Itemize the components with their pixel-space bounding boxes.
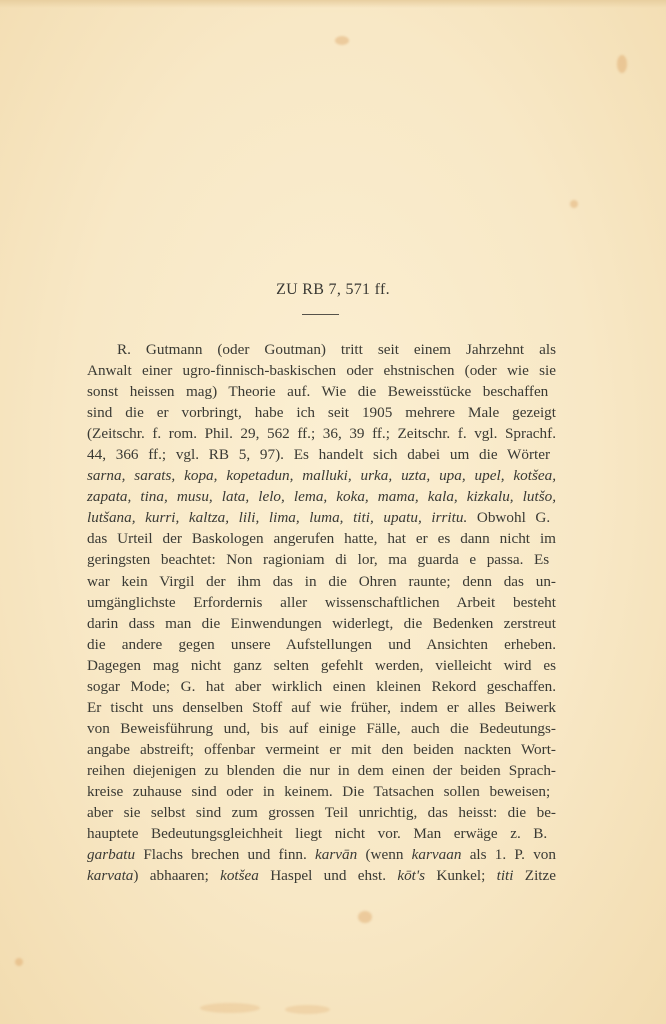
italic-run: kōt's xyxy=(397,867,425,884)
foxing-stain xyxy=(617,55,627,73)
text-run: von Beweisführung und, bis auf einige Fä… xyxy=(87,720,556,737)
foxing-stain xyxy=(335,36,349,45)
italic-run: sarna, sarats, kopa, kopetadun, malluki,… xyxy=(87,467,556,484)
text-line: hauptete Bedeutungsgleichheit liegt nich… xyxy=(87,823,556,844)
text-line: karvata) abhaaren; kotšea Haspel und ehs… xyxy=(87,865,556,886)
text-run: reihen diejenigen zu blenden die nur in … xyxy=(87,762,556,779)
text-run: Er tischt uns denselben Stoff auf wie fr… xyxy=(87,699,556,716)
text-run: R. Gutmann (oder Goutman) tritt seit ein… xyxy=(117,341,556,358)
text-run: (wenn xyxy=(357,846,411,863)
text-run: geringsten beachtet: Non ragioniam di lo… xyxy=(87,551,549,568)
text-run: die andere gegen unsere Aufstellungen un… xyxy=(87,636,556,653)
text-line: war kein Virgil der ihm das in die Ohren… xyxy=(87,571,556,592)
text-line: darin dass man die Einwendungen widerleg… xyxy=(87,613,556,634)
text-run: sonst heissen mag) Theorie auf. Wie die … xyxy=(87,383,548,400)
text-line: zapata, tina, musu, lata, lelo, lema, ko… xyxy=(87,486,556,507)
text-line: sind die er vorbringt, habe ich seit 190… xyxy=(87,402,556,423)
text-run: das Urteil der Baskologen angerufen hatt… xyxy=(87,530,556,547)
text-run: als 1. P. von xyxy=(461,846,556,863)
text-run: aber sie selbst sind zum grossen Teil un… xyxy=(87,804,556,821)
page-title: ZU RB 7, 571 ff. xyxy=(0,281,666,299)
body-paragraph: R. Gutmann (oder Goutman) tritt seit ein… xyxy=(87,339,556,886)
text-run: Zitze xyxy=(514,867,557,884)
text-line: sonst heissen mag) Theorie auf. Wie die … xyxy=(87,381,556,402)
italic-run: karvaan xyxy=(412,846,462,863)
text-line: das Urteil der Baskologen angerufen hatt… xyxy=(87,528,556,549)
italic-run: garbatu xyxy=(87,846,135,863)
text-line: sogar Mode; G. hat aber wirklich einen k… xyxy=(87,676,556,697)
text-run: Kunkel; xyxy=(425,867,497,884)
text-run: umgänglichste Erfordernis aller wissensc… xyxy=(87,594,556,611)
text-line: kreise zuhause sind oder in keinem. Die … xyxy=(87,781,556,802)
text-run: ) abhaaren; xyxy=(133,867,220,884)
text-run: (Zeitschr. f. rom. Phil. 29, 562 ff.; 36… xyxy=(87,425,556,442)
text-line: Er tischt uns denselben Stoff auf wie fr… xyxy=(87,697,556,718)
foxing-stain xyxy=(570,200,578,208)
text-line: Dagegen mag nicht ganz selten gefehlt we… xyxy=(87,655,556,676)
foxing-stain xyxy=(285,1005,330,1014)
italic-run: lutšana, kurri, kaltza, lili, lima, luma… xyxy=(87,509,467,526)
text-line: lutšana, kurri, kaltza, lili, lima, luma… xyxy=(87,507,556,528)
text-line: garbatu Flachs brechen und finn. karvān … xyxy=(87,844,556,865)
text-line: 44, 366 ff.; vgl. RB 5, 97). Es handelt … xyxy=(87,444,556,465)
foxing-stain xyxy=(200,1003,260,1013)
text-line: reihen diejenigen zu blenden die nur in … xyxy=(87,760,556,781)
text-run: 44, 366 ff.; vgl. RB 5, 97). Es handelt … xyxy=(87,446,550,463)
text-run: Haspel und ehst. xyxy=(259,867,397,884)
text-run: darin dass man die Einwendungen widerleg… xyxy=(87,615,556,632)
page-top-edge xyxy=(0,0,666,8)
text-line: geringsten beachtet: Non ragioniam di lo… xyxy=(87,549,556,570)
italic-run: kotšea xyxy=(220,867,259,884)
title-rule xyxy=(302,314,339,315)
text-line: von Beweisführung und, bis auf einige Fä… xyxy=(87,718,556,739)
italic-run: karvān xyxy=(315,846,357,863)
text-run: Anwalt einer ugro-finnisch-baskischen od… xyxy=(87,362,556,379)
text-run: war kein Virgil der ihm das in die Ohren… xyxy=(87,573,556,590)
text-line: umgänglichste Erfordernis aller wissensc… xyxy=(87,592,556,613)
italic-run: titi xyxy=(497,867,514,884)
text-run: Dagegen mag nicht ganz selten gefehlt we… xyxy=(87,657,556,674)
text-run: sind die er vorbringt, habe ich seit 190… xyxy=(87,404,556,421)
foxing-stain xyxy=(358,911,372,923)
italic-run: zapata, tina, musu, lata, lelo, lema, ko… xyxy=(87,488,556,505)
text-run: Flachs brechen und finn. xyxy=(135,846,315,863)
text-line: aber sie selbst sind zum grossen Teil un… xyxy=(87,802,556,823)
text-run: angabe abstreift; offenbar vermeint er m… xyxy=(87,741,556,758)
text-line: die andere gegen unsere Aufstellungen un… xyxy=(87,634,556,655)
text-run: kreise zuhause sind oder in keinem. Die … xyxy=(87,783,550,800)
italic-run: karvata xyxy=(87,867,133,884)
text-run: Obwohl G. xyxy=(467,509,550,526)
text-run: hauptete Bedeutungsgleichheit liegt nich… xyxy=(87,825,547,842)
text-line: sarna, sarats, kopa, kopetadun, malluki,… xyxy=(87,465,556,486)
foxing-stain xyxy=(15,958,23,966)
text-line: (Zeitschr. f. rom. Phil. 29, 562 ff.; 36… xyxy=(87,423,556,444)
text-run: sogar Mode; G. hat aber wirklich einen k… xyxy=(87,678,556,695)
text-line: angabe abstreift; offenbar vermeint er m… xyxy=(87,739,556,760)
text-line: Anwalt einer ugro-finnisch-baskischen od… xyxy=(87,360,556,381)
text-line: R. Gutmann (oder Goutman) tritt seit ein… xyxy=(87,339,556,360)
